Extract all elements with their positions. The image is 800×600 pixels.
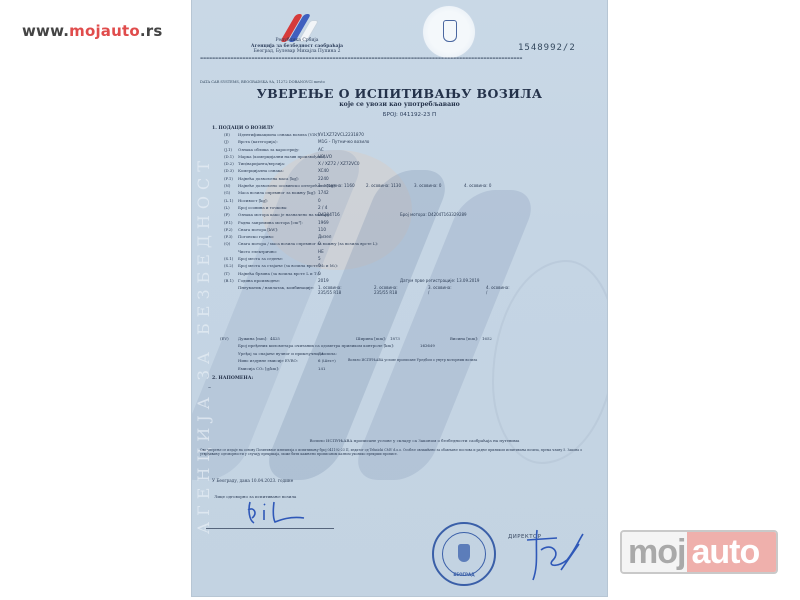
row-code: (P.3) [224,234,238,239]
row-value: 0 [318,263,321,268]
vehicle-data-table: (E)Идентификациона ознака возила (VIN):Y… [224,132,604,297]
row-code: (E) [224,132,238,137]
row-label: Снага мотора / маса возила спремног за в… [238,241,378,246]
inspection-value: ДА [318,351,324,356]
row-value: 1969 [318,220,329,225]
tire-axle-label: 3. осовина: [428,285,452,290]
row-code: (P.2) [224,227,238,232]
row-label: Тип/варијанта/верзија: [238,161,285,166]
inspection-row: Ниво издувне емисије EVRO:6 (Шест)Возило… [224,358,604,365]
disclaimer-text: Ово уверење се издаје на основу Позитивн… [200,448,595,456]
vehicle-data-row: Чисто електрично:НЕ [224,249,604,256]
tire-axle-value: 235/55 R18 [318,290,341,295]
tire-axle-value: / [486,290,487,295]
tires-row: Пнеуматик / наплатак, комбинације:1. осо… [224,285,604,297]
row-code: (T) [224,271,238,276]
row-code: (J.1) [224,147,238,152]
url-suffix: .rs [140,22,163,40]
signature-line [206,528,334,529]
row-label: Врста (категорија): [238,139,278,144]
width-label: Ширина [mm]: [356,336,386,341]
row-value: Дизел [318,234,331,239]
row-value: 2 / 4 [318,205,327,210]
inspection-label: Број пређених километара очитаних са одо… [238,343,394,348]
row-extra-value: 2. осовина: 1130 [366,183,401,188]
row-code: (B.1) [224,278,238,283]
vehicle-data-row: (T)Највећа брзина (за возила врсте L и T… [224,271,604,278]
number-value: 041192-23 П [400,112,436,118]
document-subtitle: које се увози као употребљавано [192,101,607,108]
row-code: (S.2) [224,263,238,268]
number-label: БРОЈ: [383,112,398,118]
row-value: 0 [318,198,321,203]
vehicle-data-row: (J)Врста (категорија):M1G - Путничко воз… [224,139,604,146]
inspection-value: 141 [318,366,325,371]
length-value: 4425 [270,336,280,341]
row-value: НЕ [318,249,324,254]
site-url[interactable]: www.mojauto.rs [22,22,163,40]
row-code: (Q) [224,241,238,246]
inspection-row: Емисија CO₂ [g/km]:141 [224,366,604,373]
vehicle-data-row: (Q)Снага мотора / маса возила спремног з… [224,241,604,248]
vehicle-data-row: (D.1)Марка (комерцијални назив произвођа… [224,154,604,161]
tire-axle-value: 235/55 R18 [374,290,397,295]
row-value: D4204T16 [318,212,340,217]
legal-fineprint: ▬▬▬▬▬▬▬▬▬▬▬▬▬▬▬▬▬▬▬▬▬▬▬▬▬▬▬▬▬▬▬▬▬▬▬▬▬▬▬▬… [200,56,600,60]
row-code: (S.1) [224,256,238,261]
vehicle-test-certificate: АГЕНЦИЈА ЗА БЕЗБЕДНОСТ Република Србија … [192,0,607,596]
row-value: 2019 [318,278,329,283]
row-label: Маса возила спремног за вожњу [kg]: [238,190,316,195]
row-value: X / XZ72 / XZ72VC0 [318,161,360,166]
row-code: (L.1) [224,198,238,203]
url-brand: mojauto [69,22,140,40]
inspection-row: Број пређених километара очитаних са одо… [224,343,604,350]
inspection-label: Ниво издувне емисије EVRO: [238,358,298,363]
section-vehicle-data: 1. ПОДАЦИ О ВОЗИЛУ [212,126,274,131]
inspection-row: Уређај за спајање вучног и прикључног во… [224,351,604,358]
width-value: 1873 [390,336,400,341]
logo-part-auto: auto [687,532,776,572]
vehicle-data-row: (P.1)Радна запремина мотора [cm³]:1969 [224,220,604,227]
row-label: Погонско гориво: [238,234,274,239]
serial-number: 1548992/2 [518,43,576,53]
vehicle-data-row: (J.1)Ознака облика за каросерију:AC [224,147,604,154]
length-label: Дужина [mm]: [238,336,268,341]
place-and-date: У Београду, дана 10.04.2023. године [212,478,293,483]
hologram-seal-icon [423,6,475,58]
row-value: XC40 [318,168,329,173]
side-watermark-text: АГЕНЦИЈА ЗА БЕЗБЕДНОСТ [194,120,220,570]
inspection-label: Емисија CO₂ [g/km]: [238,366,279,371]
vehicle-data-row: (L)Број осовина и точкова:2 / 4 [224,205,604,212]
height-value: 1652 [482,336,492,341]
tire-axle-value: / [428,290,429,295]
row-value: 0 [318,271,321,276]
row-value: 2240 [318,176,329,181]
row-code: (L) [224,205,238,210]
director-signature-icon [517,520,587,590]
row-value: 1742 [318,190,329,195]
compliance-statement: Возило ИСПУЊАВА прописане услове у склад… [192,438,607,443]
row-code: (P) [224,212,238,217]
row-extra-value: Број мотора: D4204T163329289 [400,212,467,217]
row-value: VOLVO [318,154,332,159]
row-value: M1G - Путничко возило [318,139,369,144]
document-number: БРОЈ: 041192-23 П [192,112,607,118]
row-label: Чисто електрично: [238,249,277,254]
row-label: Носивост [kg]: [238,198,268,203]
row-code: (P.1) [224,220,238,225]
dimensions-code: (EV) [220,336,229,341]
row-label: Ознака облика за каросерију: [238,147,300,152]
vehicle-data-row: (P)Ознака мотора како је назначено на мо… [224,212,604,219]
row-extra-value: Датум прве регистрације: 13.09.2019 [400,278,479,283]
row-code: (D.3) [224,168,238,173]
row-label: Радна запремина мотора [cm³]: [238,220,303,225]
row-value: 5 [318,256,321,261]
section-notes: 2. НАПОМЕНА: [212,376,253,381]
row-extra-value: 3. осовина: 0 [414,183,441,188]
inspection-value: 6 (Шест) [318,358,336,363]
row-value: 1. осовина: 1160 [318,183,355,188]
issuer-address: Београд, Булевар Михајла Пупина 2 [212,49,382,55]
row-value: YV1XZ72VCL2231870 [318,132,364,137]
row-code: (J) [224,139,238,144]
row-label: Број осовина и точкова: [238,205,287,210]
stamp-text: БЕОГРАД [434,572,494,577]
vehicle-data-row: (G)Маса возила спремног за вожњу [kg]:17… [224,190,604,197]
row-code: (G) [224,190,238,195]
vehicle-data-row: (F.1)Највећа дозвољена маса [kg]:2240 [224,176,604,183]
row-label: Година производње: [238,278,280,283]
notes-value: – [208,384,211,391]
row-label: Број места за седење: [238,256,283,261]
row-value: 110 [318,227,326,232]
vehicle-data-row: (B.1)Година производње:2019Датум прве ре… [224,278,604,285]
row-label: Комерцијална ознака: [238,168,284,173]
dimensions-block: (EV) Дужина [mm]: 4425 Ширина [mm]: 1873… [224,336,604,373]
row-label: Број места за стајање (за возила врсте M… [238,263,338,268]
row-label: Највећа брзина (за возила врсте L и T₁): [238,271,321,276]
url-prefix: www. [22,22,69,40]
height-label: Висина [mm]: [450,336,478,341]
issuer-block: Република Србија Агенција за безбедност … [212,38,382,55]
row-label: Марка (комерцијални назив произвођача): [238,154,327,159]
row-code: (F.1) [224,176,238,181]
row-code: (D.1) [224,154,238,159]
row-extra-value: 4. осовина: 0 [464,183,491,188]
vehicle-data-row: (P.2)Снага мотора [kW]:110 [224,227,604,234]
row-code: (D.2) [224,161,238,166]
row-value: AC [318,147,324,152]
vehicle-data-row: (E)Идентификациона ознака возила (VIN):Y… [224,132,604,139]
testing-company: DATA CAR SYSTEMS, BEOGRADSKA 9A, 11272 D… [200,80,325,84]
row-label: Снага мотора [kW]: [238,227,278,232]
vehicle-data-row: (P.3)Погонско гориво:Дизел [224,234,604,241]
inspection-value: 162649 [420,343,435,348]
vehicle-data-row: (N)Највеће дозвољено осовинско оптерећењ… [224,183,604,190]
tester-signature-icon [240,498,310,526]
document-title: УВЕРЕЊЕ О ИСПИТИВАЊУ ВОЗИЛА [192,86,607,101]
tire-axle-label: 4. осовина: [486,285,510,290]
official-stamp-icon: БЕОГРАД [432,522,496,586]
agency-logo-icon [284,14,314,40]
tires-label: Пнеуматик / наплатак, комбинације: [238,285,314,290]
vehicle-data-row: (S.2)Број места за стајање (за возила вр… [224,263,604,270]
vehicle-data-row: (D.3)Комерцијална ознака:XC40 [224,168,604,175]
mojauto-logo[interactable]: moj auto [620,530,778,574]
inspection-note: Возило ИСПУЊАВА услове прописане Уредбом… [348,358,477,362]
dimensions-row: (EV) Дужина [mm]: 4425 Ширина [mm]: 1873… [224,336,604,343]
row-label: Највећа дозвољена маса [kg]: [238,176,299,181]
vehicle-data-row: (L.1)Носивост [kg]:0 [224,198,604,205]
row-value: 0 [318,241,321,246]
vehicle-data-row: (D.2)Тип/варијанта/верзија:X / XZ72 / XZ… [224,161,604,168]
vehicle-data-row: (S.1)Број места за седење:5 [224,256,604,263]
row-label: Идентификациона ознака возила (VIN): [238,132,320,137]
row-label: Ознака мотора како је назначено на мотор… [238,212,331,217]
row-code: (N) [224,183,238,188]
logo-part-moj: moj [622,532,687,572]
